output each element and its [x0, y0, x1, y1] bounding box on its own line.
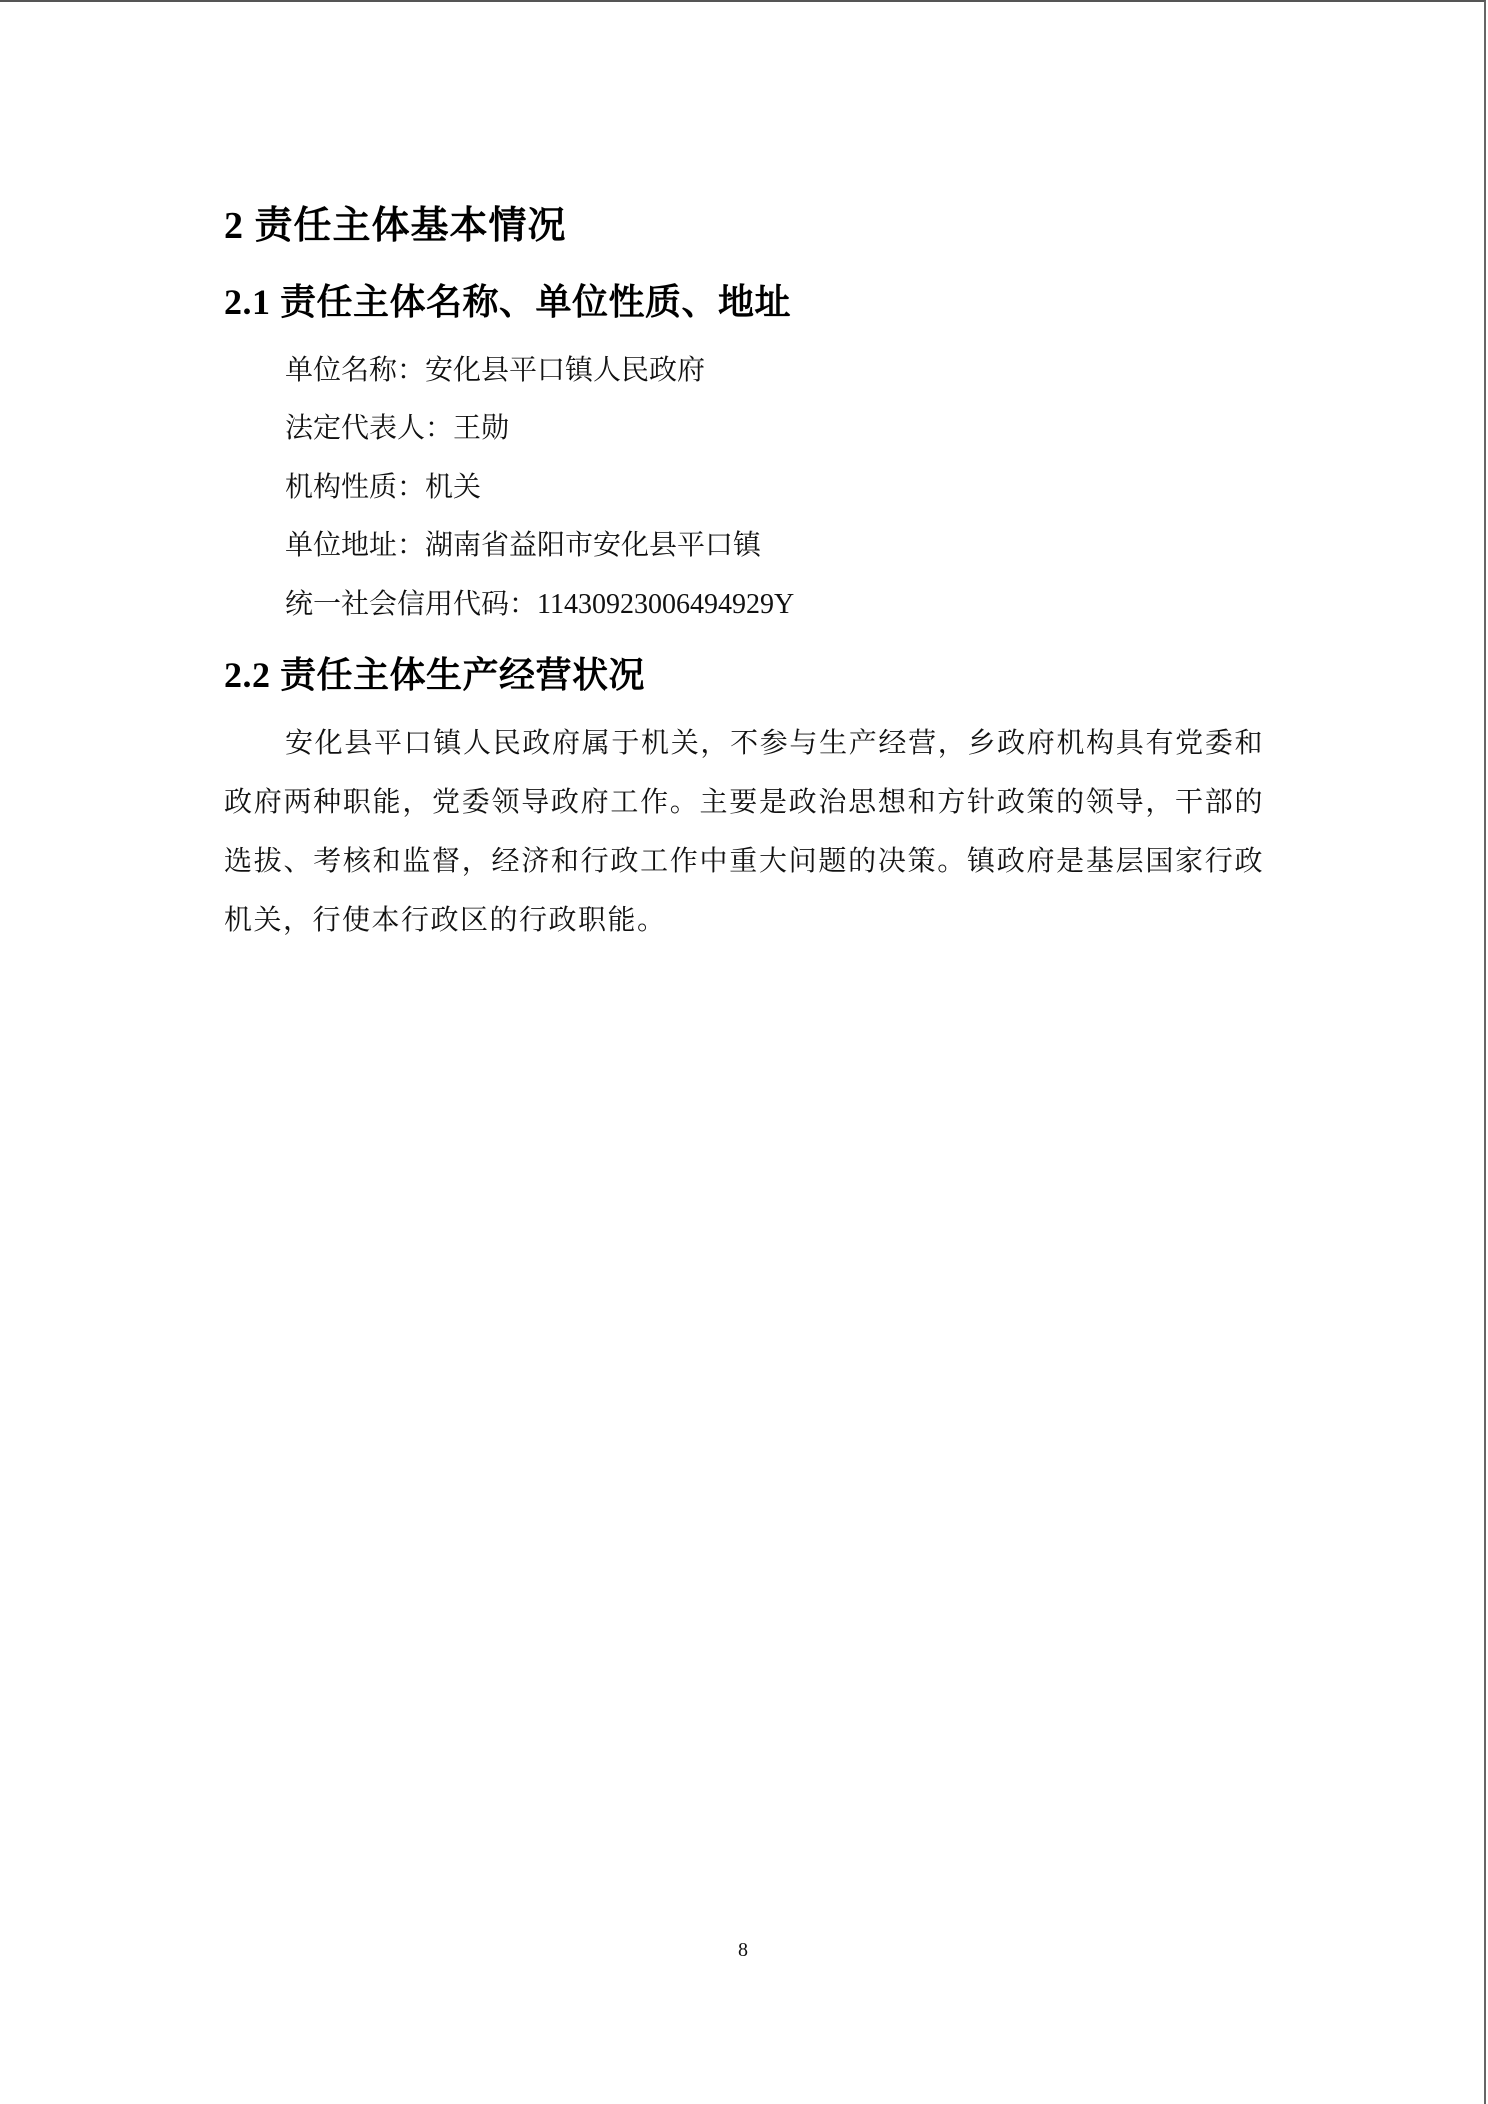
field-value: 湖南省益阳市安化县平口镇: [425, 530, 761, 561]
subsection-heading-2-2: 2.2 责任主体生产经营状况: [224, 647, 645, 698]
field-value: 机关: [425, 472, 481, 503]
field-label: 单位地址：: [285, 530, 425, 561]
document-page: 2 责任主体基本情况 2.1 责任主体名称、单位性质、地址 单位名称：安化县平口…: [0, 0, 1486, 2104]
info-line-institution-type: 机构性质：机关: [285, 465, 481, 505]
field-label: 单位名称：: [285, 355, 425, 386]
info-line-unit-address: 单位地址：湖南省益阳市安化县平口镇: [285, 523, 761, 563]
info-line-unit-name: 单位名称：安化县平口镇人民政府: [285, 348, 705, 388]
page-number: 8: [0, 1939, 1486, 1962]
field-value: 安化县平口镇人民政府: [425, 355, 705, 386]
info-line-legal-representative: 法定代表人：王勋: [285, 406, 509, 446]
field-label: 法定代表人：: [285, 413, 453, 444]
section-heading: 2 责任主体基本情况: [224, 194, 567, 249]
field-label: 统一社会信用代码：: [285, 589, 537, 620]
info-line-credit-code: 统一社会信用代码：11430923006494929Y: [285, 582, 794, 622]
field-label: 机构性质：: [285, 472, 425, 503]
field-value: 王勋: [453, 413, 509, 444]
body-paragraph: 安化县平口镇人民政府属于机关，不参与生产经营，乡政府机构具有党委和政府两种职能，…: [224, 714, 1264, 950]
subsection-heading-2-1: 2.1 责任主体名称、单位性质、地址: [224, 274, 791, 325]
field-value: 11430923006494929Y: [537, 589, 794, 620]
